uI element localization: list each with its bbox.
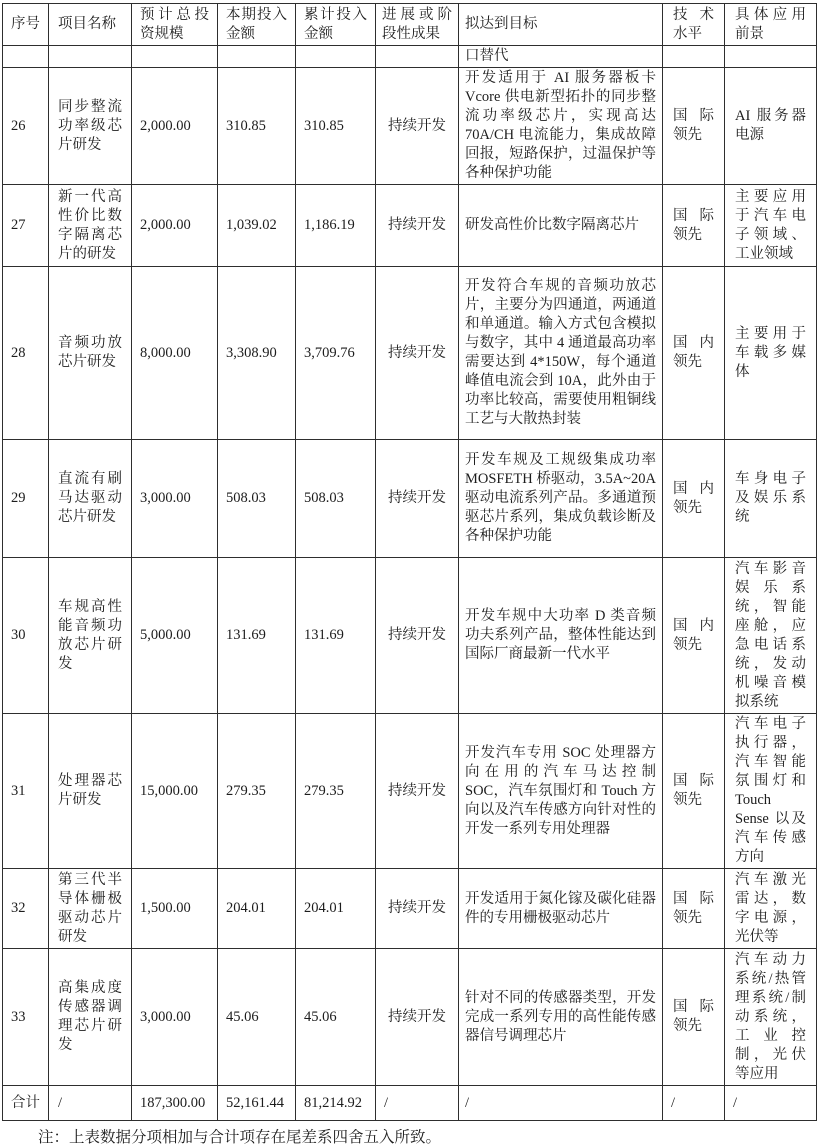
cell-level <box>663 46 725 68</box>
cell-name: 车规高性能音频功放芯片研发 <box>49 558 132 714</box>
cell-current: 1,039.02 <box>218 185 296 267</box>
cell-current: 204.01 <box>218 869 296 949</box>
cell-prospect: 汽车影音娱乐系统，智能座舱，应急电话系统，发动机噪音模拟系统 <box>725 558 817 714</box>
header-progress: 进展或阶段性成果 <box>376 4 459 46</box>
cell-cumulative: 204.01 <box>296 869 376 949</box>
cell-name: 第三代半导体栅极驱动芯片研发 <box>49 869 132 949</box>
table-footnote: 注：上表数据分项相加与合计项存在尾差系四舍五入所致。 <box>38 1128 817 1148</box>
cell-goal: 口替代 <box>459 46 663 68</box>
cell-name <box>49 46 132 68</box>
cell-total: 8,000.00 <box>132 267 218 440</box>
header-prospect: 具体应用前景 <box>725 4 817 46</box>
cell-no: 28 <box>3 267 49 440</box>
cell-name: 新一代高性价比数字隔离芯片的研发 <box>49 185 132 267</box>
cell-cumulative: 279.35 <box>296 714 376 869</box>
table-row: 33 高集成度传感器调理芯片研发 3,000.00 45.06 45.06 持续… <box>3 949 817 1086</box>
total-row: 合计 / 187,300.00 52,161.44 81,214.92 / / … <box>3 1086 817 1121</box>
cell-current: 279.35 <box>218 714 296 869</box>
cell-name: 高集成度传感器调理芯片研发 <box>49 949 132 1086</box>
cell-current: 3,308.90 <box>218 267 296 440</box>
cell-no: 33 <box>3 949 49 1086</box>
cell-total: 3,000.00 <box>132 949 218 1086</box>
cell-cumulative <box>296 46 376 68</box>
cell-level: / <box>663 1086 725 1121</box>
cell-cumulative: 131.69 <box>296 558 376 714</box>
cell-total: 15,000.00 <box>132 714 218 869</box>
cell-goal: 研发高性价比数字隔离芯片 <box>459 185 663 267</box>
cell-name: / <box>49 1086 132 1121</box>
cell-goal: 开发符合车规的音频功放芯片，主要分为四通道，两通道和单通道。输入方式包含模拟与数… <box>459 267 663 440</box>
header-total: 预计总投资规模 <box>132 4 218 46</box>
cell-prospect: 汽车动力系统/热管理系统/制动系统，工业控制，光伏等应用 <box>725 949 817 1086</box>
cell-current: 45.06 <box>218 949 296 1086</box>
table-row: 30 车规高性能音频功放芯片研发 5,000.00 131.69 131.69 … <box>3 558 817 714</box>
header-row: 序号 项目名称 预计总投资规模 本期投入金额 累计投入金额 进展或阶段性成果 拟… <box>3 4 817 46</box>
header-goal: 拟达到目标 <box>459 4 663 46</box>
cell-progress: 持续开发 <box>376 440 459 558</box>
cell-total: 3,000.00 <box>132 440 218 558</box>
cell-level: 国际领先 <box>663 869 725 949</box>
cell-name: 音频功放芯片研发 <box>49 267 132 440</box>
cell-current: 52,161.44 <box>218 1086 296 1121</box>
cell-progress: 持续开发 <box>376 185 459 267</box>
table-row: 31 处理器芯片研发 15,000.00 279.35 279.35 持续开发 … <box>3 714 817 869</box>
cell-name: 直流有刷马达驱动芯片研发 <box>49 440 132 558</box>
cell-progress <box>376 46 459 68</box>
cell-total: 2,000.00 <box>132 68 218 185</box>
cell-progress: 持续开发 <box>376 68 459 185</box>
cell-prospect: 主要用于车载多媒体 <box>725 267 817 440</box>
cell-total <box>132 46 218 68</box>
cell-no: 31 <box>3 714 49 869</box>
cell-cumulative: 310.85 <box>296 68 376 185</box>
table-row: 26 同步整流功率级芯片研发 2,000.00 310.85 310.85 持续… <box>3 68 817 185</box>
cell-prospect: / <box>725 1086 817 1121</box>
cell-prospect: 主要应用于汽车电子领域、工业领域 <box>725 185 817 267</box>
header-current: 本期投入金额 <box>218 4 296 46</box>
cell-prospect: 车身电子及娱乐系统 <box>725 440 817 558</box>
header-no: 序号 <box>3 4 49 46</box>
cell-level: 国内领先 <box>663 558 725 714</box>
cell-cumulative: 81,214.92 <box>296 1086 376 1121</box>
cell-cumulative: 45.06 <box>296 949 376 1086</box>
cell-no: 26 <box>3 68 49 185</box>
cell-progress: 持续开发 <box>376 267 459 440</box>
cell-prospect: 汽车电子执行器，汽车智能氛围灯和 Touch Sense 以及汽车传感方向 <box>725 714 817 869</box>
cell-current: 131.69 <box>218 558 296 714</box>
cell-level: 国际领先 <box>663 68 725 185</box>
cell-name: 处理器芯片研发 <box>49 714 132 869</box>
cell-cumulative: 1,186.19 <box>296 185 376 267</box>
table-row: 28 音频功放芯片研发 8,000.00 3,308.90 3,709.76 持… <box>3 267 817 440</box>
cell-prospect: AI 服务器电源 <box>725 68 817 185</box>
cell-no <box>3 46 49 68</box>
cell-goal: 针对不同的传感器类型，开发完成一系列专用的高性能传感器信号调理芯片 <box>459 949 663 1086</box>
cell-level: 国际领先 <box>663 714 725 869</box>
header-level: 技术水平 <box>663 4 725 46</box>
cell-goal: 开发车规及工规级集成功率 MOSFETH 桥驱动，3.5A~20A 驱动电流系列… <box>459 440 663 558</box>
cell-total-label: 合计 <box>3 1086 49 1121</box>
table-row: 32 第三代半导体栅极驱动芯片研发 1,500.00 204.01 204.01… <box>3 869 817 949</box>
cell-cumulative: 3,709.76 <box>296 267 376 440</box>
cell-progress: 持续开发 <box>376 869 459 949</box>
cell-cumulative: 508.03 <box>296 440 376 558</box>
cell-level: 国际领先 <box>663 949 725 1086</box>
cell-no: 27 <box>3 185 49 267</box>
cell-current: 310.85 <box>218 68 296 185</box>
header-cumulative: 累计投入金额 <box>296 4 376 46</box>
cell-prospect: 汽车激光雷达，数字电源，光伏等 <box>725 869 817 949</box>
cell-total: 5,000.00 <box>132 558 218 714</box>
cell-progress: 持续开发 <box>376 558 459 714</box>
table-row: 27 新一代高性价比数字隔离芯片的研发 2,000.00 1,039.02 1,… <box>3 185 817 267</box>
cell-total: 1,500.00 <box>132 869 218 949</box>
carryover-row: 口替代 <box>3 46 817 68</box>
cell-level: 国际领先 <box>663 185 725 267</box>
cell-no: 29 <box>3 440 49 558</box>
cell-total: 187,300.00 <box>132 1086 218 1121</box>
cell-current <box>218 46 296 68</box>
cell-no: 32 <box>3 869 49 949</box>
cell-prospect <box>725 46 817 68</box>
cell-progress: 持续开发 <box>376 949 459 1086</box>
cell-goal: 开发汽车专用 SOC 处理器方向在用的汽车马达控制 SOC，汽车氛围灯和 Tou… <box>459 714 663 869</box>
cell-current: 508.03 <box>218 440 296 558</box>
cell-level: 国内领先 <box>663 267 725 440</box>
rd-projects-table: 序号 项目名称 预计总投资规模 本期投入金额 累计投入金额 进展或阶段性成果 拟… <box>2 3 817 1121</box>
cell-progress: / <box>376 1086 459 1121</box>
cell-no: 30 <box>3 558 49 714</box>
cell-total: 2,000.00 <box>132 185 218 267</box>
table-row: 29 直流有刷马达驱动芯片研发 3,000.00 508.03 508.03 持… <box>3 440 817 558</box>
cell-goal: / <box>459 1086 663 1121</box>
cell-goal: 开发适用于氮化镓及碳化硅器件的专用栅极驱动芯片 <box>459 869 663 949</box>
cell-progress: 持续开发 <box>376 714 459 869</box>
cell-level: 国内领先 <box>663 440 725 558</box>
cell-name: 同步整流功率级芯片研发 <box>49 68 132 185</box>
cell-goal: 开发适用于 AI 服务器板卡 Vcore 供电新型拓扑的同步整流功率级芯片，实现… <box>459 68 663 185</box>
header-name: 项目名称 <box>49 4 132 46</box>
cell-goal: 开发车规中大功率 D 类音频功夫系列产品，整体性能达到国际厂商最新一代水平 <box>459 558 663 714</box>
